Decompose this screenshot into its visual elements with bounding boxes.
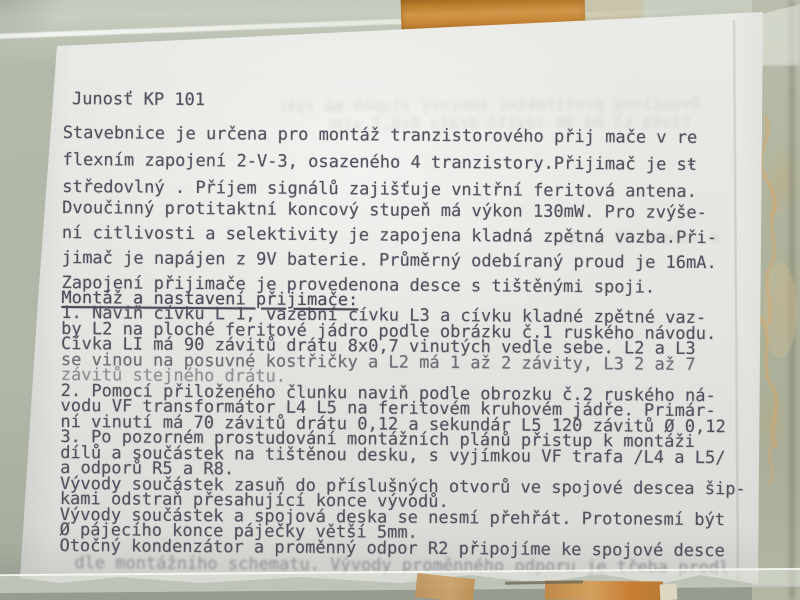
ghost-text: Cívka LI má 90 závitů drátu 8x0,7 vinutý… bbox=[330, 112, 690, 134]
document-title: Junosť KP 101 bbox=[72, 89, 205, 110]
ghost-text: a odporů R5 a R8. bbox=[520, 227, 720, 247]
intro-paragraph-2: Dvoučinný protitaktní koncový stupeň má … bbox=[61, 196, 717, 301]
photo-scene: Junosť KP 101 Stavebnice je určena pro m… bbox=[0, 0, 800, 600]
instruction-list: 1. Naviň cívku L 1, vazební cívku L3 a c… bbox=[59, 306, 747, 559]
masking-tape-bottom-right bbox=[545, 580, 663, 600]
document-text: Junosť KP 101 Stavebnice je určena pro m… bbox=[0, 0, 800, 600]
paper-scrap-bottom bbox=[660, 584, 678, 600]
